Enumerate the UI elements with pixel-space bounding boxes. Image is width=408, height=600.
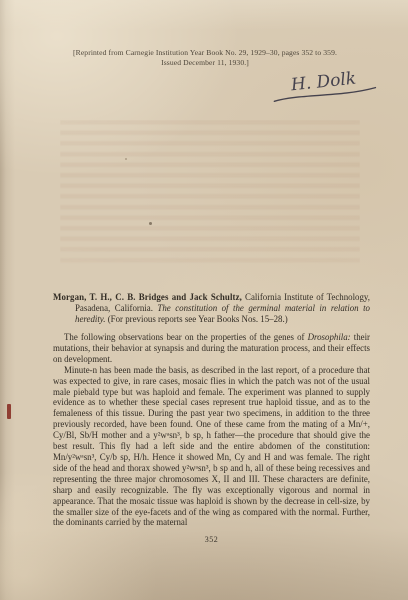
scanned-reprint-page: [Reprinted from Carnegie Institution Yea… (0, 0, 408, 600)
reprint-header-line2: Issued December 11, 1930.] (38, 58, 372, 68)
paper-speck (149, 222, 152, 225)
reprint-header: [Reprinted from Carnegie Institution Yea… (38, 48, 372, 68)
paper-speck (125, 158, 127, 160)
body-paragraph-1: The following observations bear on the p… (53, 332, 370, 365)
author-names: Morgan, T. H., C. B. Bridges and Jack Sc… (53, 292, 242, 302)
page-number: 352 (53, 535, 370, 544)
reprint-header-line1: [Reprinted from Carnegie Institution Yea… (38, 48, 372, 58)
margin-red-mark (7, 404, 11, 419)
previous-reports-note: (For previous reports see Year Books Nos… (105, 314, 287, 324)
paragraph-1-text: The following observations bear on the p… (64, 332, 308, 342)
body-paragraph-2: Minute-n has been made the basis, as des… (53, 365, 370, 529)
ink-showthrough-texture (60, 120, 360, 266)
article-content: Morgan, T. H., C. B. Bridges and Jack Sc… (53, 292, 370, 544)
species-name-italic: Drosophila: (308, 332, 351, 342)
handwritten-signature: H. Dolk (265, 66, 383, 106)
article-citation-heading: Morgan, T. H., C. B. Bridges and Jack Sc… (53, 292, 370, 325)
